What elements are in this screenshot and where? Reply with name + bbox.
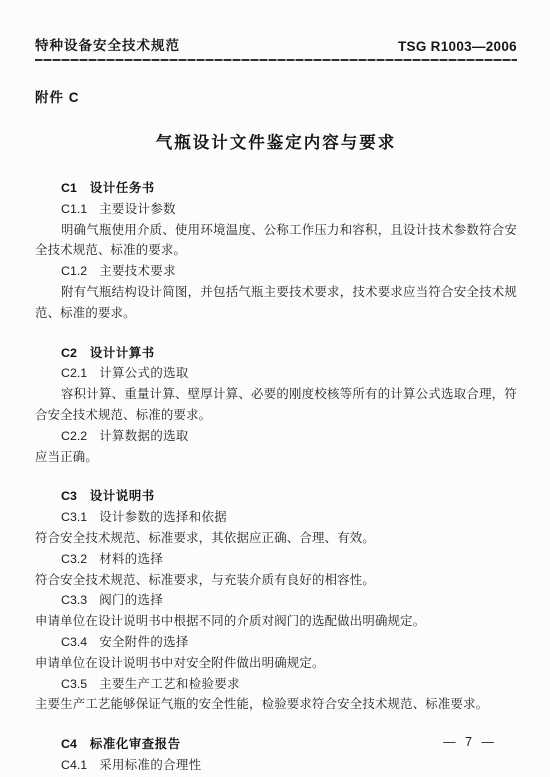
subsection-number: C3.2 <box>61 549 87 570</box>
subsection-title: 主要生产工艺和检验要求 <box>99 677 240 691</box>
subsection-number: C4.1 <box>61 755 87 776</box>
subsection-heading: C3.4安全附件的选择 <box>35 632 517 653</box>
section-c1: C1设计任务书C1.1主要设计参数明确气瓶使用介质、使用环境温度、公称工作压力和… <box>35 178 517 324</box>
paragraph: 容积计算、重量计算、壁厚计算、必要的刚度校核等所有的计算公式选取合理，符合安全技… <box>35 384 517 426</box>
subsection-number: C3.5 <box>61 674 87 695</box>
page-number: — 7 — <box>443 735 497 749</box>
section-title: 设计计算书 <box>90 346 155 360</box>
paragraph: 申请单位在设计说明书中对安全附件做出明确规定。 <box>35 653 517 674</box>
section-title: 标准化审查报告 <box>90 737 181 751</box>
section-heading: C1设计任务书 <box>35 178 517 199</box>
document-page: 特种设备安全技术规范 TSG R1003—2006 附件 C 气瓶设计文件鉴定内… <box>0 0 550 776</box>
section-number: C1 <box>61 178 77 199</box>
section-number: C3 <box>61 486 77 507</box>
running-header: 特种设备安全技术规范 TSG R1003—2006 <box>35 34 517 59</box>
document-body: C1设计任务书C1.1主要设计参数明确气瓶使用介质、使用环境温度、公称工作压力和… <box>35 178 517 776</box>
subsection-title: 采用标准的合理性 <box>99 758 201 772</box>
subsection-number: C3.1 <box>61 507 87 528</box>
section-c3: C3设计说明书C3.1设计参数的选择和依据符合安全技术规范、标准要求，其依据应正… <box>35 486 517 715</box>
subsection-number: C1.2 <box>61 261 87 282</box>
section-heading: C3设计说明书 <box>35 486 517 507</box>
section-heading: C2设计计算书 <box>35 343 517 364</box>
subsection-number: C3.4 <box>61 632 87 653</box>
subsection-heading: C1.1主要设计参数 <box>35 199 517 220</box>
section-c2: C2设计计算书C2.1计算公式的选取容积计算、重量计算、壁厚计算、必要的刚度校核… <box>35 343 517 468</box>
header-rule <box>35 59 517 61</box>
paragraph: 明确气瓶使用介质、使用环境温度、公称工作压力和容积，且设计技术参数符合安全技术规… <box>35 220 517 262</box>
subsection-title: 阀门的选择 <box>99 593 163 607</box>
subsection-title: 材料的选择 <box>99 552 163 566</box>
subsection-heading: C1.2主要技术要求 <box>35 261 517 282</box>
section-title: 设计说明书 <box>90 489 155 503</box>
paragraph: 附有气瓶结构设计简图，并包括气瓶主要技术要求，技术要求应当符合安全技术规范、标准… <box>35 282 517 324</box>
paragraph: 符合安全技术规范、标准要求，其依据应正确、合理、有效。 <box>35 528 517 549</box>
subsection-heading: C4.1采用标准的合理性 <box>35 755 517 776</box>
paragraph: 应当正确。 <box>35 447 517 468</box>
subsection-number: C1.1 <box>61 199 87 220</box>
subsection-heading: C3.2材料的选择 <box>35 549 517 570</box>
subsection-heading: C2.1计算公式的选取 <box>35 363 517 384</box>
subsection-number: C3.3 <box>61 590 87 611</box>
subsection-heading: C3.3阀门的选择 <box>35 590 517 611</box>
section-number: C2 <box>61 343 77 364</box>
subsection-heading: C3.5主要生产工艺和检验要求 <box>35 674 517 695</box>
page-title: 气瓶设计文件鉴定内容与要求 <box>35 129 517 153</box>
subsection-title: 计算公式的选取 <box>99 366 189 380</box>
subsection-heading: C3.1设计参数的选择和依据 <box>35 507 517 528</box>
subsection-title: 设计参数的选择和依据 <box>99 510 227 524</box>
attachment-label: 附件 C <box>35 86 517 106</box>
header-spec-name: 特种设备安全技术规范 <box>35 34 180 54</box>
subsection-heading: C2.2计算数据的选取 <box>35 426 517 447</box>
paragraph: 申请单位在设计说明书中根据不同的介质对阀门的选配做出明确规定。 <box>35 611 517 632</box>
subsection-number: C2.2 <box>61 426 87 447</box>
subsection-title: 安全附件的选择 <box>99 635 189 649</box>
section-title: 设计任务书 <box>90 181 155 195</box>
section-number: C4 <box>61 734 77 755</box>
header-doc-code: TSG R1003—2006 <box>398 39 517 54</box>
paragraph: 符合安全技术规范、标准要求，与充装介质有良好的相容性。 <box>35 570 517 591</box>
subsection-number: C2.1 <box>61 363 87 384</box>
subsection-title: 主要设计参数 <box>99 202 176 216</box>
subsection-title: 计算数据的选取 <box>99 429 189 443</box>
subsection-title: 主要技术要求 <box>99 264 176 278</box>
paragraph: 主要生产工艺能够保证气瓶的安全性能，检验要求符合安全技术规范、标准要求。 <box>35 694 517 715</box>
